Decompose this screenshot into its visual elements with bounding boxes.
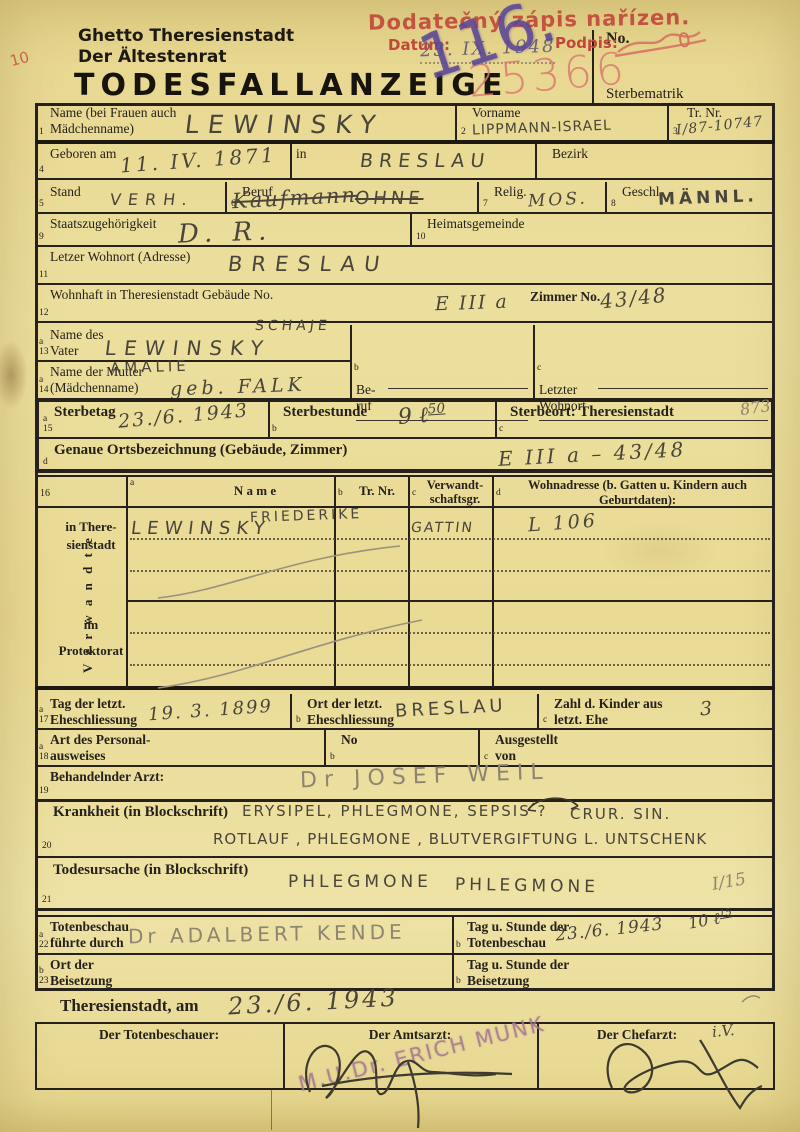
field-num: 1 [39,128,52,138]
pencil-mark [742,996,760,1002]
section-protektorat-label: im Protektorat [58,612,124,664]
field-sub: c [537,364,550,374]
field-num: 19 [39,787,52,797]
todesursache-value1: PHLEGMONE [288,872,432,892]
sterbestunde-value: 9 ℓ50 [397,400,446,430]
col-b-sub: b [338,488,347,498]
staat-value: D. R. [178,216,273,249]
field-sterbestunde: b Sterbestunde [268,402,495,437]
field-label: Zahl d. Kinder aus letzt. Ehe [539,694,666,727]
field-label: Letzer Wohnort (Adresse) [35,247,775,265]
mutter-vorname-value: AMALIE [110,357,190,378]
field-label: Tag u. Stunde der Beisetzung [452,955,599,988]
col-trnr-header: Tr. Nr. [348,483,406,499]
field-sub: b [456,977,469,987]
scanned-death-notice-form: Ghetto Theresienstadt Der Ältestenrat TO… [0,0,800,1132]
relatives-dotted-line [130,664,770,666]
field-num: 4 [39,166,52,176]
fill-line [388,388,528,389]
beruf-value2-struck: OHNE [354,188,425,209]
field-ausweis: a18 Art des Personal-ausweises [35,730,324,767]
field-sub: b [456,941,469,951]
paper-stain [0,340,28,410]
col-verwandtschaft-header: Verwandt-schaftsgr. [420,478,490,507]
field-label: Heimatsgemeinde [412,214,775,232]
field-num: 23 [39,977,52,987]
geschl-value: MÄNNL. [658,186,758,209]
relatives-bottom-thick [35,686,775,690]
fill-line [598,388,768,389]
field-label: Tag der letzt. Eheschliessung [35,694,162,727]
field-label: Sterbestunde [268,402,495,421]
field-sterbeort: c Sterbeort: Theresienstadt [495,402,771,437]
geburtsort-value: BRESLAU [359,150,492,172]
no-value-red: 0 [676,27,692,53]
field-heimat: 10 Heimatsgemeinde [410,214,775,247]
relatives-col-line [126,475,128,688]
field-sub: b [272,425,285,435]
field-num: 10 [416,233,429,243]
field-kinder: c Zahl d. Kinder aus letzt. Ehe [537,694,775,730]
field-label: Bezirk [537,144,775,162]
todesursache-value2: PHLEGMONE [455,875,599,898]
field-sub: b [354,364,367,374]
sterbestunde-min: 50 [427,400,445,417]
field-num: 7 [483,200,496,210]
krankheit-line1: ERYSIPEL, PHLEGMONE, SEPSIS ? [242,802,547,820]
relatives-col-line [492,475,494,688]
krankheit-line1b: CRUR. SIN. [570,805,671,823]
relatives-dotted-line [130,570,770,572]
zimmer-label: Zimmer No. [530,289,600,305]
chefarzt-label: Der Chefarzt: [537,1027,737,1043]
field-label: No [326,730,478,748]
field-sub: b [296,716,309,726]
field-bezirk: Bezirk [535,144,775,180]
org-header: Ghetto Theresienstadt Der Ältestenrat [78,26,294,69]
field-label: Sterbeort: Theresienstadt [495,402,771,421]
chefarzt-iv-mark: i.V. [711,1021,735,1041]
field-num: 12 [39,309,52,319]
totenbeschauer-label: Der Totenbeschauer: [35,1027,283,1043]
field-num: 14 [39,386,52,396]
field-num: 17 [39,716,52,726]
field-num: 9 [39,233,52,243]
field-label: Vorname [457,103,667,121]
field-num: 5 [39,200,52,210]
field-sub: b [330,753,343,763]
field-num: 22 [39,941,52,951]
relatives-col-line [408,475,410,688]
col-d-sub: d [496,488,505,498]
org-line1: Ghetto Theresienstadt [78,26,294,47]
field-beisetzung-zeit: b Tag u. Stunde der Beisetzung [452,955,772,989]
totenbeschau-value: Dr ADALBERT KENDE [128,920,406,949]
section-theresienstadt-label: in There-sienstadt [58,518,124,553]
wohnort-value: BRESLAU [227,252,390,276]
illness-divider [38,856,772,858]
sterbestunde-hour: 9 ℓ [397,403,429,430]
field-sub: d [43,458,56,468]
field-ausweis-no: b No [324,730,478,767]
field-label: Name (bei Frauen auch Mädchenname) [35,103,182,136]
relatives-dotted-line [130,632,770,634]
krankheit-line2: ROTLAUF , PHLEGMONE , BLUTVERGIFTUNG L. … [213,830,707,848]
relative-name: LEWINSKY [130,518,272,539]
field-num: 15 [43,425,56,435]
field-label: Art des Personal-ausweises [35,730,177,763]
field-num: 8 [611,200,624,210]
vater-vorname-value: SCHAJE [254,318,332,334]
name-value: LEWINSKY [183,110,386,139]
stand-value: VERH. [109,190,195,209]
org-line2: Der Ältestenrat [78,47,294,68]
col-name-header: N a m e [180,483,330,499]
gebaeude-value: E III a [435,291,510,316]
kinder-value: 3 [699,698,713,721]
relatives-num: 16 [40,488,50,499]
relatives-section-divider [126,600,775,602]
field-num: 11 [39,271,52,281]
beschau-hour: 10 ℓ [687,908,722,932]
field-wohnort: 11 Letzer Wohnort (Adresse) [35,247,775,285]
col-a-sub: a [130,478,139,488]
field-sub: c [543,716,556,726]
field-sub: c [499,425,512,435]
field-num: 18 [39,753,52,763]
field-num: 13 [39,348,52,358]
col-wohnadresse-header: Wohnadresse (b. Gatten u. Kindern auch G… [520,478,755,508]
field-num: 20 [42,842,55,852]
footer-place-label: Theresienstadt, am [60,996,199,1016]
relative-relationship: GATTIN [410,520,475,536]
paper-crease [271,1088,272,1130]
corner-mark-red: 10 [8,48,31,70]
field-num: 21 [42,896,55,906]
relig-value: MOS. [528,188,589,211]
beschau-min: 15 [718,907,732,920]
